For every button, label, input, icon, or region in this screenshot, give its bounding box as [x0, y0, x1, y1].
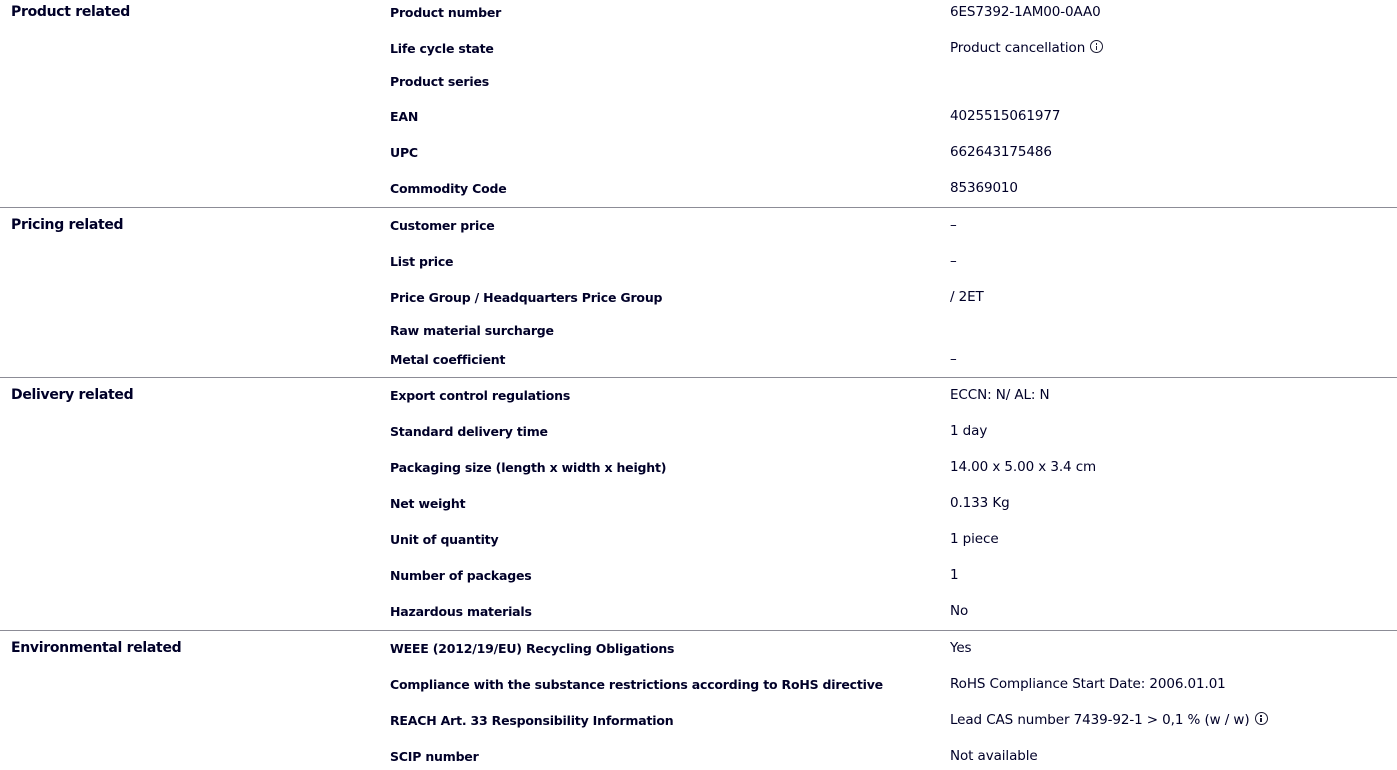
table-row: EAN 4025515061977: [0, 109, 1397, 129]
table-row: WEEE (2012/19/EU) Recycling Obligations …: [0, 641, 1397, 661]
table-row: Customer price –: [0, 218, 1397, 238]
row-value: 662643175486: [950, 144, 1052, 160]
row-label: Price Group / Headquarters Price Group: [390, 290, 662, 305]
row-label: Unit of quantity: [390, 532, 498, 547]
row-value: / 2ET: [950, 289, 984, 305]
section-divider: [0, 377, 1397, 378]
row-label: Commodity Code: [390, 181, 507, 196]
table-row: Export control regulations ECCN: N/ AL: …: [0, 388, 1397, 408]
info-circle-icon[interactable]: [1090, 40, 1103, 53]
row-value: Product cancellation: [950, 40, 1103, 56]
table-row: Raw material surcharge: [0, 323, 1397, 343]
table-row: UPC 662643175486: [0, 145, 1397, 165]
row-label: Life cycle state: [390, 41, 494, 56]
row-label: SCIP number: [390, 749, 479, 764]
row-label: Packaging size (length x width x height): [390, 460, 666, 475]
row-label: Raw material surcharge: [390, 323, 554, 338]
row-value: RoHS Compliance Start Date: 2006.01.01: [950, 676, 1226, 692]
row-label: List price: [390, 254, 453, 269]
row-label: Product number: [390, 5, 501, 20]
table-row: Standard delivery time 1 day: [0, 424, 1397, 444]
row-value: No: [950, 603, 968, 619]
row-value: 4025515061977: [950, 108, 1060, 124]
table-row: Unit of quantity 1 piece: [0, 532, 1397, 552]
row-value: 0.133 Kg: [950, 495, 1010, 511]
section-divider: [0, 630, 1397, 631]
row-label: Hazardous materials: [390, 604, 532, 619]
row-label: Compliance with the substance restrictio…: [390, 677, 883, 692]
info-circle-icon[interactable]: [1255, 712, 1268, 725]
table-row: Compliance with the substance restrictio…: [0, 677, 1397, 697]
table-row: Product number 6ES7392-1AM00-0AA0: [0, 5, 1397, 25]
row-label: Standard delivery time: [390, 424, 548, 439]
row-label: Number of packages: [390, 568, 532, 583]
row-label: WEEE (2012/19/EU) Recycling Obligations: [390, 641, 674, 656]
table-row: REACH Art. 33 Responsibility Information…: [0, 713, 1397, 733]
row-value: 1 piece: [950, 531, 999, 547]
table-row: Packaging size (length x width x height)…: [0, 460, 1397, 480]
table-row: Commodity Code 85369010: [0, 181, 1397, 201]
row-value: 1 day: [950, 423, 987, 439]
row-value: ECCN: N/ AL: N: [950, 387, 1050, 403]
row-value: 85369010: [950, 180, 1018, 196]
table-row: List price –: [0, 254, 1397, 274]
row-value: –: [950, 253, 957, 269]
row-value: 1: [950, 567, 959, 583]
table-row: Hazardous materials No: [0, 604, 1397, 624]
row-label: UPC: [390, 145, 418, 160]
row-value-text: Lead CAS number 7439-92-1 > 0,1 % (w / w…: [950, 712, 1250, 728]
row-value: Yes: [950, 640, 972, 656]
row-value: –: [950, 351, 957, 367]
table-row: Metal coefficient –: [0, 352, 1397, 372]
row-label: Metal coefficient: [390, 352, 505, 367]
row-label: Net weight: [390, 496, 465, 511]
row-label: REACH Art. 33 Responsibility Information: [390, 713, 673, 728]
table-row: Number of packages 1: [0, 568, 1397, 588]
row-value: 6ES7392-1AM00-0AA0: [950, 4, 1101, 20]
table-row: Net weight 0.133 Kg: [0, 496, 1397, 516]
row-value-text: Product cancellation: [950, 40, 1085, 56]
section-divider: [0, 207, 1397, 208]
table-row: SCIP number Not available: [0, 749, 1397, 769]
row-label: Customer price: [390, 218, 495, 233]
table-row: Price Group / Headquarters Price Group /…: [0, 290, 1397, 310]
row-value: –: [950, 217, 957, 233]
row-value: 14.00 x 5.00 x 3.4 cm: [950, 459, 1096, 475]
row-label: Export control regulations: [390, 388, 570, 403]
row-label: EAN: [390, 109, 418, 124]
table-row: Life cycle state Product cancellation: [0, 41, 1397, 61]
table-row: Product series: [0, 74, 1397, 94]
row-label: Product series: [390, 74, 489, 89]
row-value: Not available: [950, 748, 1038, 764]
row-value: Lead CAS number 7439-92-1 > 0,1 % (w / w…: [950, 712, 1268, 728]
